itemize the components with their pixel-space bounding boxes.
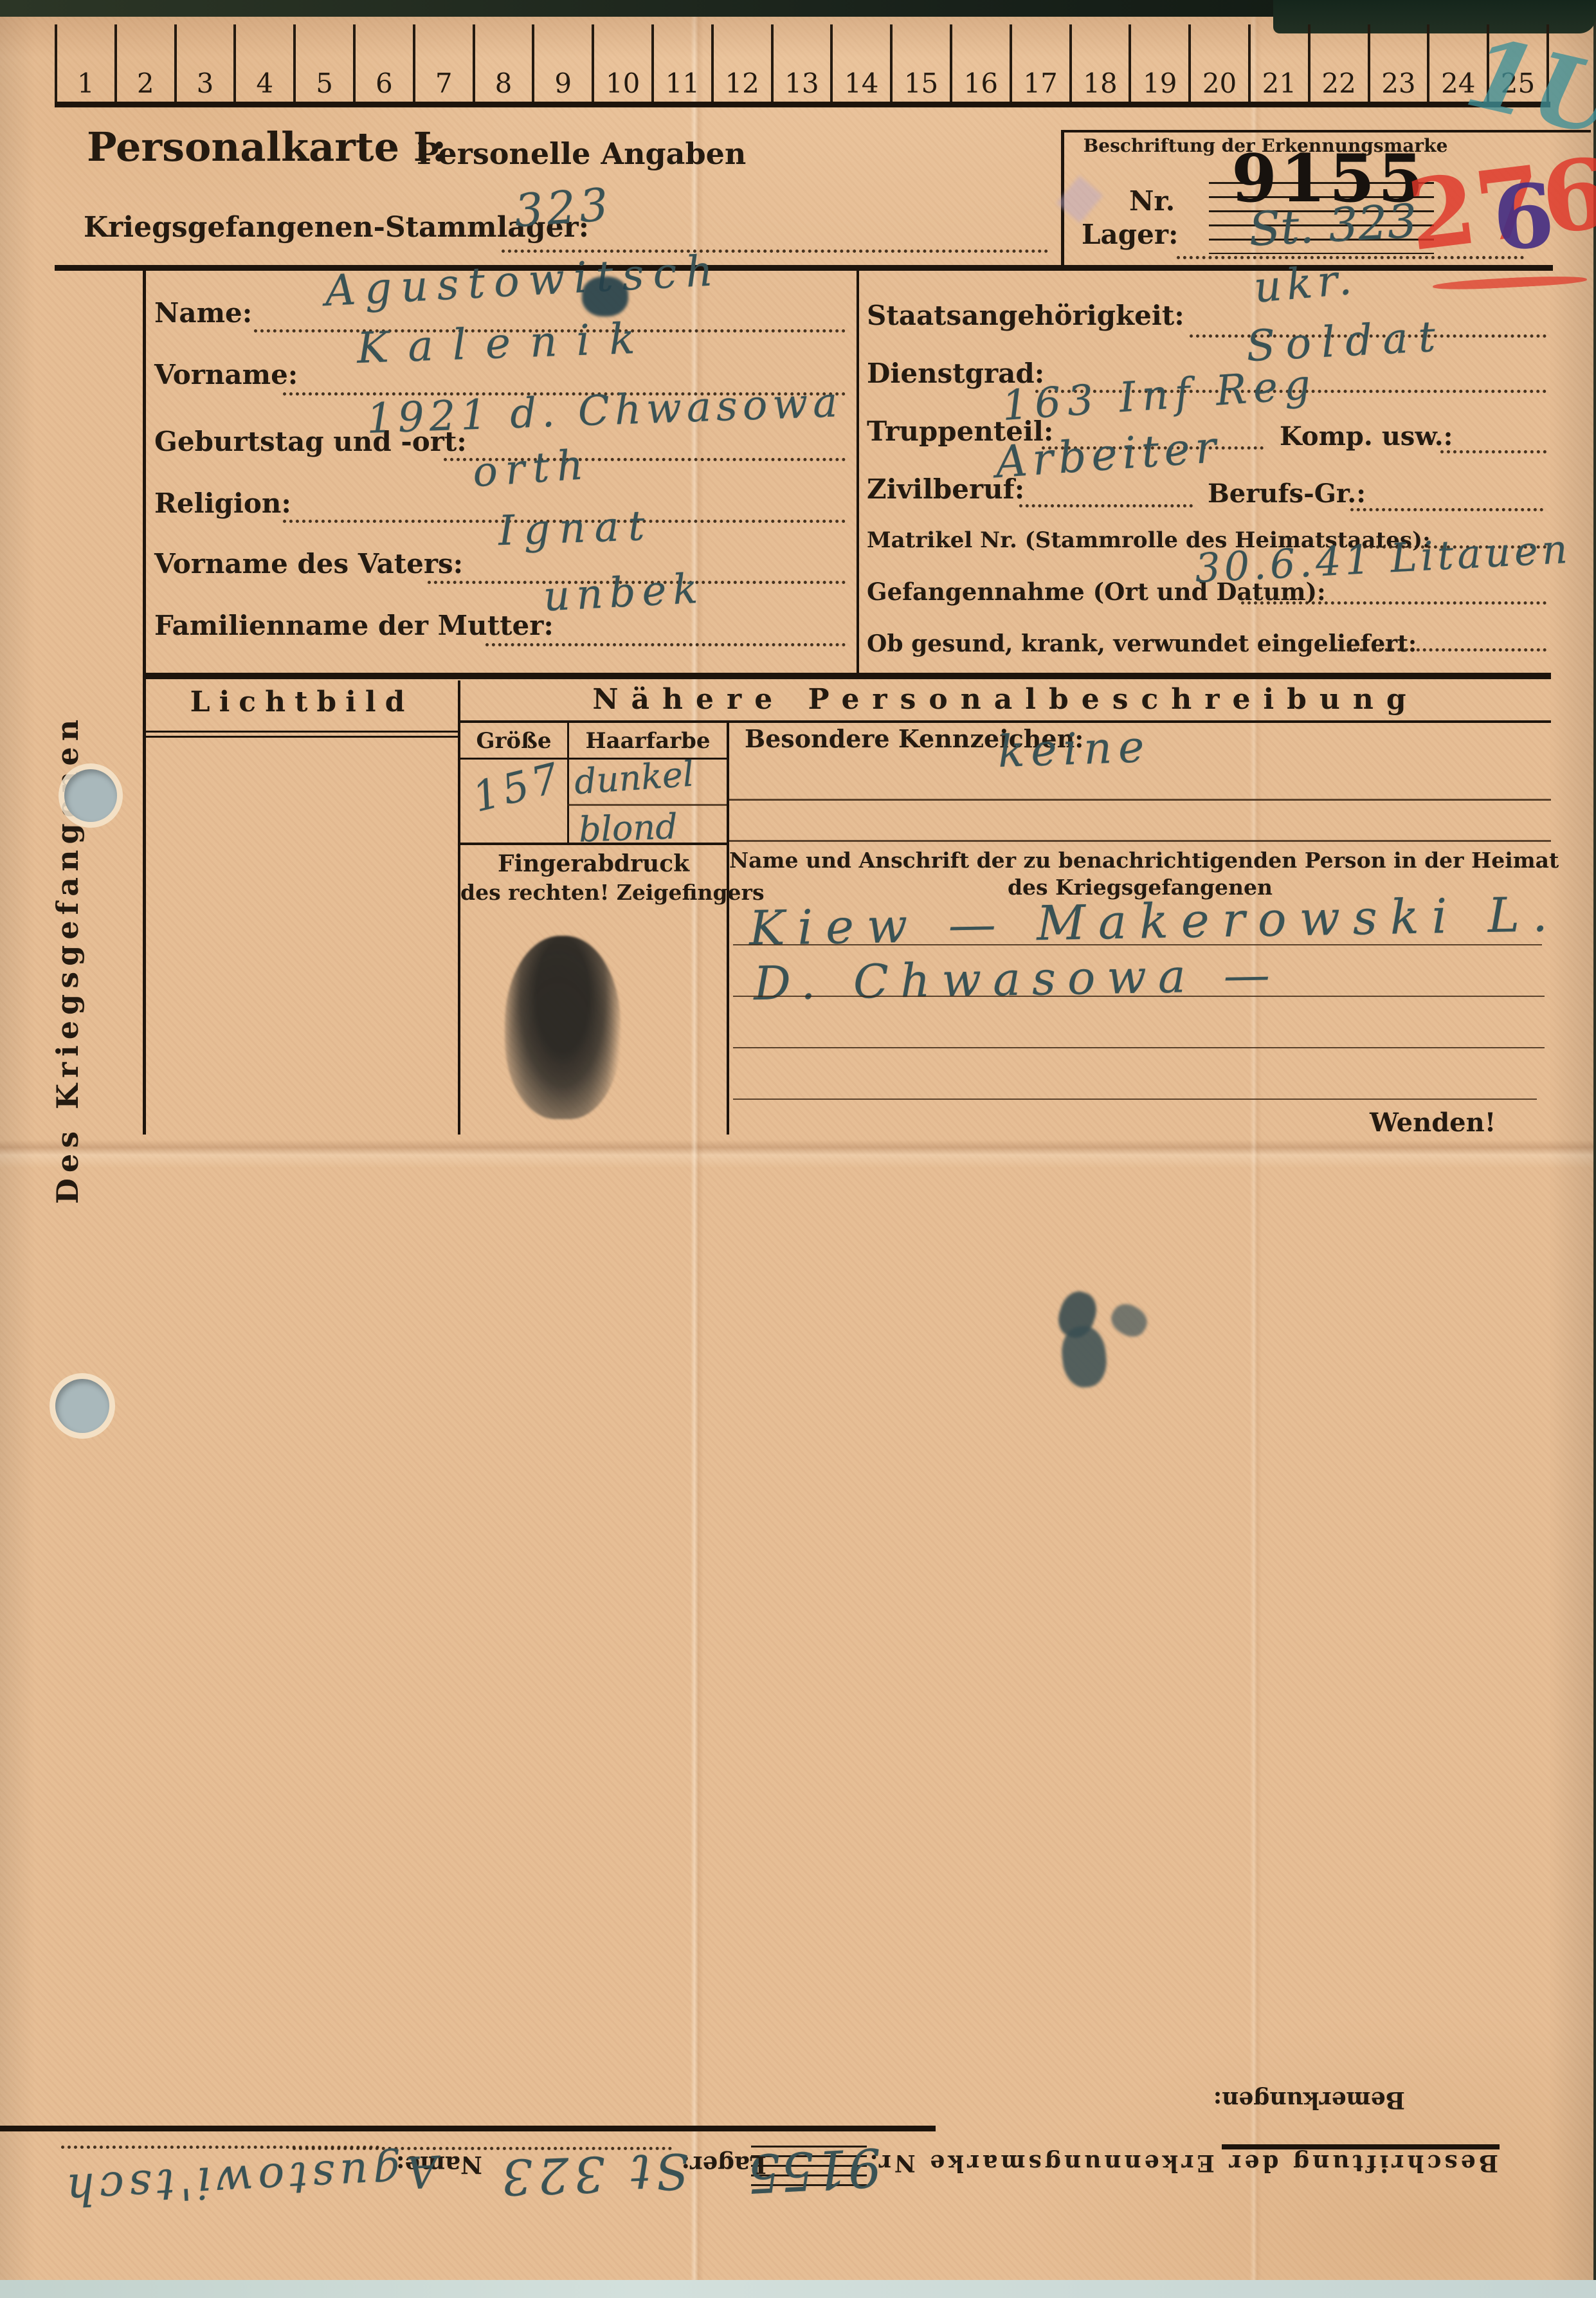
notify-value-2: D. Chwasowa — (753, 947, 1282, 1010)
staat-value: ukr. (1252, 254, 1359, 313)
komp-label: Komp. usw.: (1280, 421, 1453, 451)
stammlager-value: 323 (512, 178, 613, 237)
ruler-cell: 22 (1308, 24, 1368, 102)
notify-rule-1 (733, 944, 1542, 945)
dienstgrad-value: Soldat (1245, 311, 1447, 371)
ruler-cell: 23 (1368, 24, 1428, 102)
groesse-label: Größe (460, 728, 567, 754)
ruler-cell: 16 (950, 24, 1010, 102)
photo-underline-2 (146, 736, 458, 738)
ruler-cell: 15 (890, 24, 950, 102)
punch-hole-top (64, 769, 117, 822)
haarfarbe-value-1: dunkel (573, 754, 695, 803)
gesund-line (1334, 648, 1546, 652)
ruler-cell: 11 (651, 24, 711, 102)
ruler-cell: 3 (174, 24, 234, 102)
mutter-label: Familienname der Mutter: (154, 610, 554, 641)
fields-bottom-rule (143, 673, 1551, 679)
turn-note: Wenden! (1370, 1108, 1496, 1138)
vorname-label: Vorname: (154, 359, 298, 390)
reverse-name-line (61, 2146, 379, 2149)
scanned-pow-card: 1234567891011121314151617181920212223242… (0, 0, 1596, 2298)
ruler-cell: 14 (830, 24, 890, 102)
ruler-cell: 2 (114, 24, 174, 102)
ruler-cell: 5 (293, 24, 353, 102)
ruler-cell: 9 (532, 24, 592, 102)
gesund-label: Ob gesund, krank, verwundet eingeliefert… (867, 630, 1417, 657)
staat-label: Staatsangehörigkeit: (867, 300, 1184, 331)
kennzeichen-value: keine (997, 722, 1152, 778)
punch-hole-bottom (55, 1379, 109, 1433)
field-column-divider (857, 269, 859, 678)
ruler-cell: 10 (592, 24, 651, 102)
fingerprint-title-1: Fingerabdruck (460, 850, 727, 877)
name-label: Name: (154, 297, 252, 329)
reverse-thick-rule-left (0, 2126, 936, 2131)
reverse-lager-label: Lager: (683, 2151, 766, 2179)
notify-header-1: Name und Anschrift der zu benachrichtige… (729, 848, 1551, 873)
berufsgr-label: Berufs-Gr.: (1208, 479, 1366, 509)
description-title: Nähere Personalbeschreibung (460, 683, 1551, 716)
photo-title: Lichtbild (146, 686, 458, 718)
notify-rule-4 (733, 1099, 1537, 1100)
ruler-baseline (55, 102, 1550, 107)
purple-overwrite-digit: 6 (1490, 164, 1558, 271)
stammlager-label: Kriegsgefangenen-Stammlager: (84, 211, 589, 244)
marke-nr-label: Nr. (1129, 185, 1175, 217)
haarfarbe-label: Haarfarbe (569, 728, 727, 754)
photo-underline-1 (146, 731, 458, 733)
marke-lager-value: St. 323 (1247, 194, 1419, 257)
komp-line (1440, 450, 1546, 453)
ruler-cell: 13 (771, 24, 831, 102)
berufsgr-line (1350, 508, 1543, 511)
fingerprint-box-divider (727, 722, 729, 1135)
zivilberuf-line (1019, 504, 1193, 507)
reverse-beschriftung-label: Beschriftung der Erkennungsmarke Nr. (887, 2149, 1498, 2176)
card-subtitle: Personelle Angaben (417, 136, 746, 171)
description-title-rule (460, 720, 1551, 723)
ruler-cell: 18 (1069, 24, 1129, 102)
ink-blot-on-name (582, 277, 628, 316)
kennzeichen-rule-2 (729, 840, 1551, 842)
religion-value: orth (471, 441, 593, 497)
reverse-bemerkungen-label: Bemerkungen: (1244, 2086, 1405, 2113)
marke-lager-label: Lager: (1082, 219, 1178, 250)
ruler-cell: 17 (1010, 24, 1069, 102)
fingerprint-image (505, 936, 621, 1119)
ruler-cell: 1 (55, 24, 114, 102)
ruler-cell: 19 (1129, 24, 1188, 102)
mutter-line (485, 643, 846, 646)
ruler-cell: 20 (1188, 24, 1248, 102)
vater-value: Ignat (498, 502, 655, 555)
mutter-value: unbek (542, 565, 705, 621)
notify-rule-2 (733, 996, 1545, 997)
printed-ruler: 1234567891011121314151617181920212223242… (55, 24, 1549, 102)
reverse-thick-rule-right (1222, 2144, 1500, 2149)
ruler-cell: 4 (233, 24, 293, 102)
gefangennahme-line (1241, 601, 1546, 605)
ruler-cell: 12 (711, 24, 771, 102)
reverse-lager-value: St 323 (496, 2142, 691, 2206)
scanner-background-bottom (0, 2280, 1596, 2298)
ruler-cell: 21 (1248, 24, 1308, 102)
notify-rule-3 (733, 1047, 1545, 1048)
vater-label: Vorname des Vaters: (154, 548, 463, 579)
card-title: Personalkarte I: (87, 123, 446, 170)
vorname-value: Kalenik (356, 313, 655, 373)
subtable-bottom-rule (460, 843, 727, 845)
religion-label: Religion: (154, 488, 291, 519)
haarfarbe-mid-rule (567, 804, 727, 806)
ruler-cell: 7 (413, 24, 473, 102)
kennzeichen-rule-1 (729, 799, 1551, 801)
fingerprint-title-2: des rechten! Zeigefingers (460, 880, 727, 905)
ruler-cell: 6 (353, 24, 413, 102)
ruler-cell: 8 (473, 24, 532, 102)
